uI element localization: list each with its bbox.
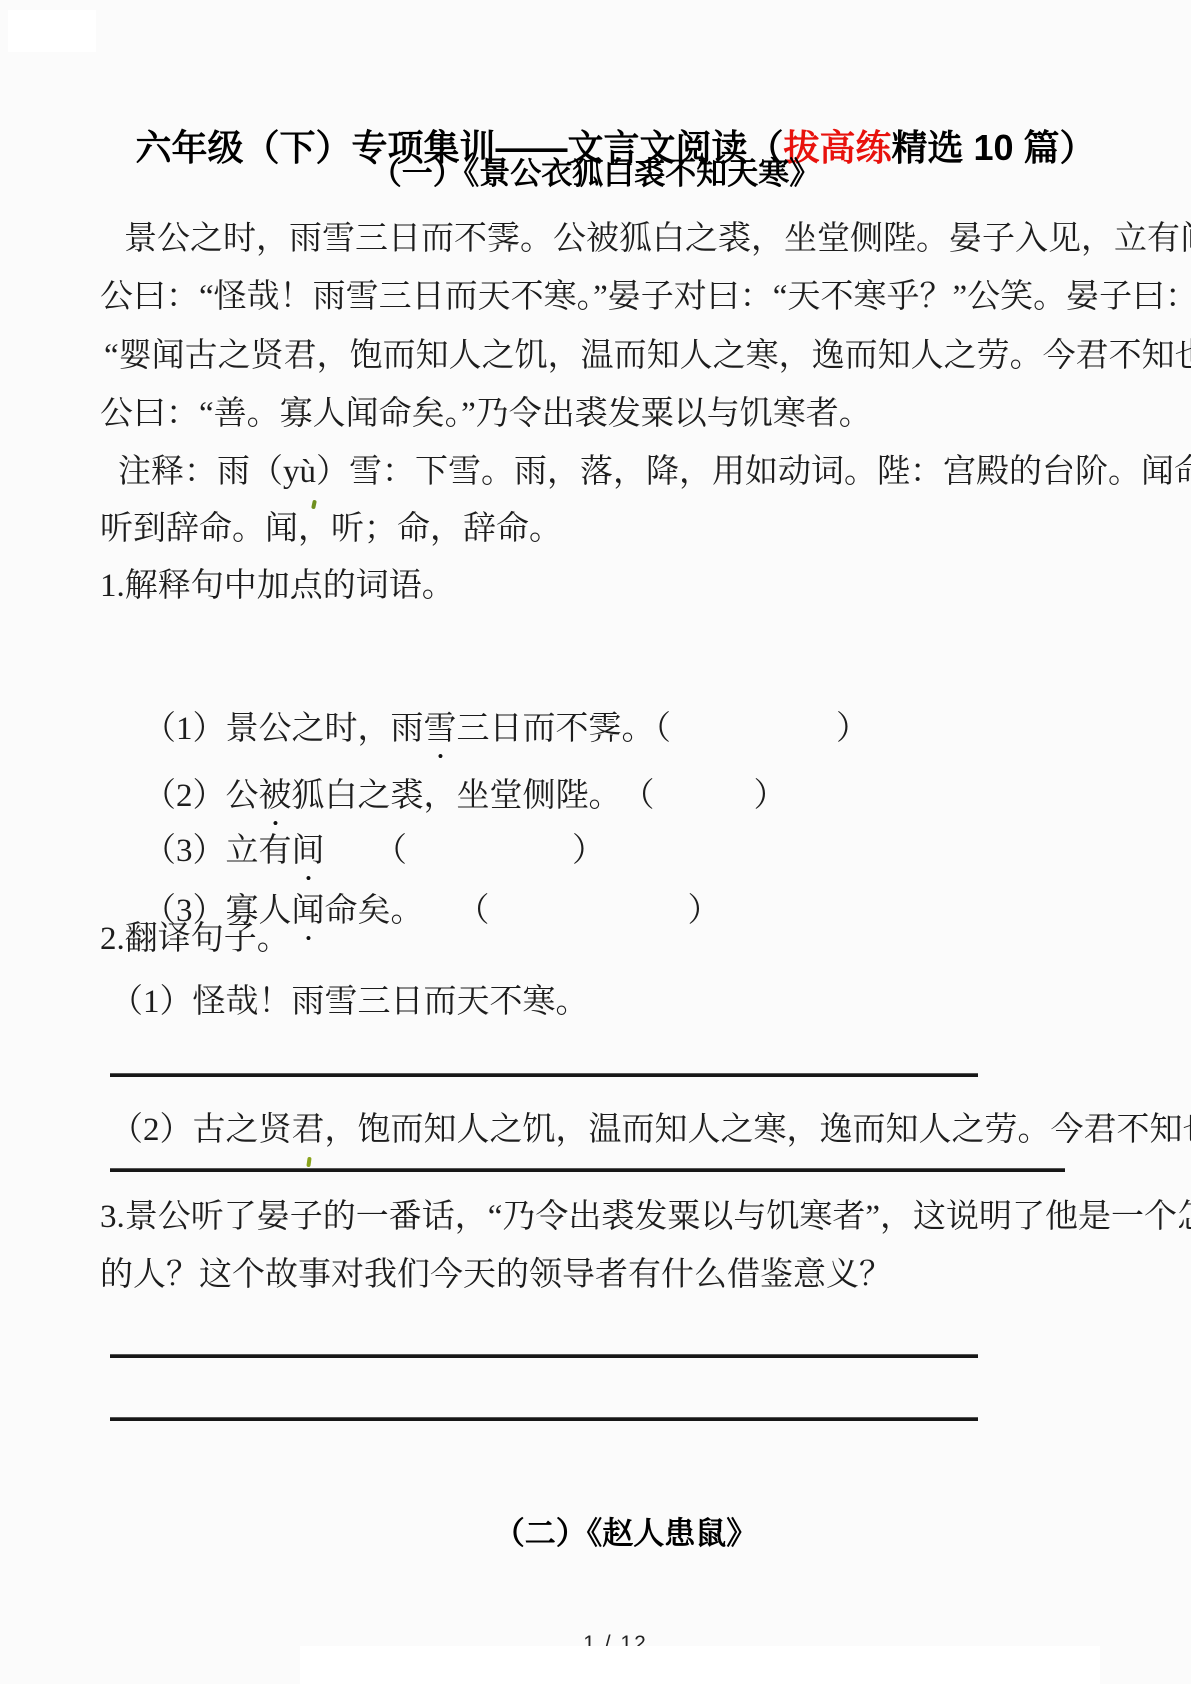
question-2-label: 2.翻译句子。 bbox=[100, 919, 290, 960]
answer-line-1 bbox=[110, 1073, 978, 1077]
answer-line-2 bbox=[110, 1168, 1065, 1172]
answer-line-4 bbox=[110, 1417, 978, 1421]
notes-line-1: 注释：雨（yù）雪：下雪。雨，落，降，用如动词。陛：宫殿的台阶。闻命： bbox=[118, 452, 1191, 493]
passage-line-4: 公曰：“善。寡人闻命矣。”乃令出裘发粟以与饥寒者。 bbox=[100, 394, 872, 435]
question-1-label: 1.解释句中加点的词语。 bbox=[100, 566, 455, 607]
q1-item4-after: 命矣。 （ ） bbox=[325, 893, 721, 929]
question-3-line-2: 的人？这个故事对我们今天的领导者有什么借鉴意义？ bbox=[100, 1255, 892, 1296]
scan-artifact bbox=[311, 500, 317, 510]
top-left-white-patch bbox=[8, 10, 96, 52]
worksheet-page: 六年级（下）专项集训——文言文阅读（拔高练精选 10 篇） （一）《景公衣狐白裘… bbox=[0, 0, 1191, 1684]
passage-line-2: 公曰：“怪哉！雨雪三日而天不寒。”晏子对曰：“天不寒乎？”公笑。晏子曰： bbox=[100, 277, 1191, 318]
footer-white-patch bbox=[300, 1646, 1100, 1684]
question-3-line-1: 3.景公听了晏子的一番话，“乃令出裘发粟以与饥寒者”，这说明了他是一个怎样 bbox=[100, 1197, 1191, 1238]
section-1-heading: （一）《景公衣狐白裘不知天寒》 bbox=[0, 155, 1191, 194]
answer-line-3 bbox=[110, 1354, 978, 1358]
passage-line-3: “婴闻古之贤君，饱而知人之饥，温而知人之寒，逸而知人之劳。今君不知也。” bbox=[104, 336, 1191, 377]
question-2-item-2: （2）古之贤君，饱而知人之饥，温而知人之寒，逸而知人之劳。今君不知也。 bbox=[110, 1110, 1191, 1151]
q1-item4-dotted-char: 闻 bbox=[292, 893, 325, 929]
section-2-heading: （二）《赵人患鼠》 bbox=[30, 1515, 1191, 1554]
notes-line-2: 听到辞命。闻，听；命，辞命。 bbox=[100, 509, 562, 550]
page-title: 六年级（下）专项集训——文言文阅读（拔高练精选 10 篇） bbox=[0, 80, 1191, 215]
scan-artifact bbox=[306, 1157, 311, 1167]
passage-line-1: 景公之时，雨雪三日而不霁。公被狐白之裘，坐堂侧陛。晏子入见，立有间。 bbox=[124, 219, 1191, 260]
question-2-item-1: （1）怪哉！雨雪三日而天不寒。 bbox=[110, 982, 589, 1023]
